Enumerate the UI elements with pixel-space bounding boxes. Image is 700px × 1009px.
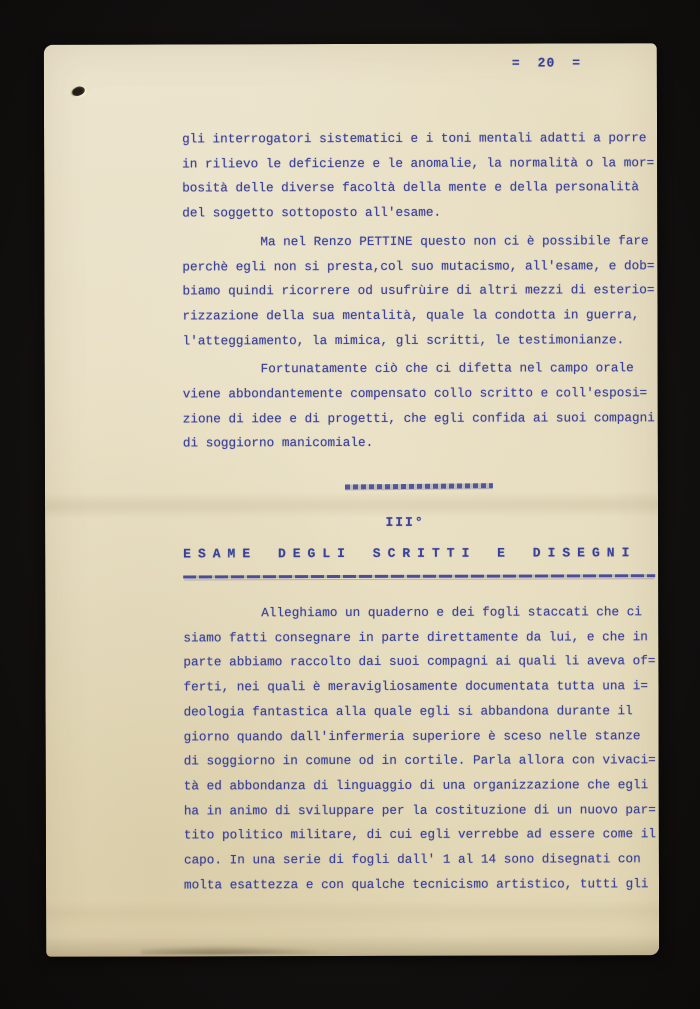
body-text-upper: gli interrogatori sistematici e i toni m… [182,126,663,456]
text-line: in rilievo le deficienze e le anomalie, … [182,151,662,177]
document-page: = 20 = gli interrogatori sistematici e i… [44,43,659,957]
text-line: siamo fatti consegnare in parte direttam… [183,625,663,651]
text-line: zione di idee e di progetti, che egli co… [183,406,663,432]
page-number-value: 20 [538,55,556,70]
section-title: ESAME DEGLI SCRITTI E DISEGNI [183,545,663,561]
text-line: gli interrogatori sistematici e i toni m… [182,126,662,152]
text-line: tito politico militare, di cui egli verr… [184,823,664,849]
page-number-right-mark: = [572,55,581,70]
text-line: perchè egli non si presta,col suo mutaci… [182,254,662,280]
text-line: di soggiorno in comune od in cortile. Pa… [184,748,664,774]
text-line: di soggiorno manicomiale. [183,431,663,457]
paragraph: Alleghiamo un quaderno e dei fogli stacc… [183,600,664,898]
bottom-edge-smudge [141,945,331,954]
text-line: molta esattezza e con qualche tecnicismo… [184,872,664,898]
fold-crease-lower [46,899,659,927]
text-line: viene abbondantemente compensato collo s… [183,381,663,407]
text-line: Ma nel Renzo PETTINE questo non ci è pos… [182,229,662,255]
text-line: tà ed abbondanza di linguaggio di una or… [184,773,664,799]
body-text-lower: Alleghiamo un quaderno e dei fogli stacc… [183,600,664,898]
text-line: deologia fantastica alla quale egli si a… [184,699,664,725]
text-line: Alleghiamo un quaderno e dei fogli stacc… [183,600,663,626]
paragraph: Ma nel Renzo PETTINE questo non ci è pos… [182,229,662,354]
text-line: biamo quindi ricorrere od usufrùire di a… [182,278,662,304]
paper-hole [71,85,86,97]
section-number: III° [330,515,480,530]
text-line: capo. In una serie di fogli dall' 1 al 1… [184,847,664,873]
text-line: parte abbiamo raccolto dai suoi compagni… [183,650,663,676]
page-number-left-mark: = [512,56,521,71]
text-line: giorno quando dall'infermeria superiore … [184,724,664,750]
text-line: ha in animo di sviluppare per la costitu… [184,798,664,824]
text-line: rizzazione della sua mentalità, quale la… [182,303,662,329]
text-line: l'atteggiamento, la mimica, gli scritti,… [183,328,663,354]
paragraph: Fortunatamente ciò che ci difetta nel ca… [183,357,663,457]
text-line: del soggetto sottoposto all'esame. [182,200,662,226]
text-line: bosità delle diverse facoltà della mente… [182,176,662,202]
text-line: ferti, nei quali è meravigliosamente doc… [183,674,663,700]
typed-divider-line [345,483,493,489]
text-line: Fortunatamente ciò che ci difetta nel ca… [183,357,663,383]
page-number: = 20 = [512,55,581,70]
paragraph: gli interrogatori sistematici e i toni m… [182,126,662,226]
section-title-underline [183,574,655,578]
